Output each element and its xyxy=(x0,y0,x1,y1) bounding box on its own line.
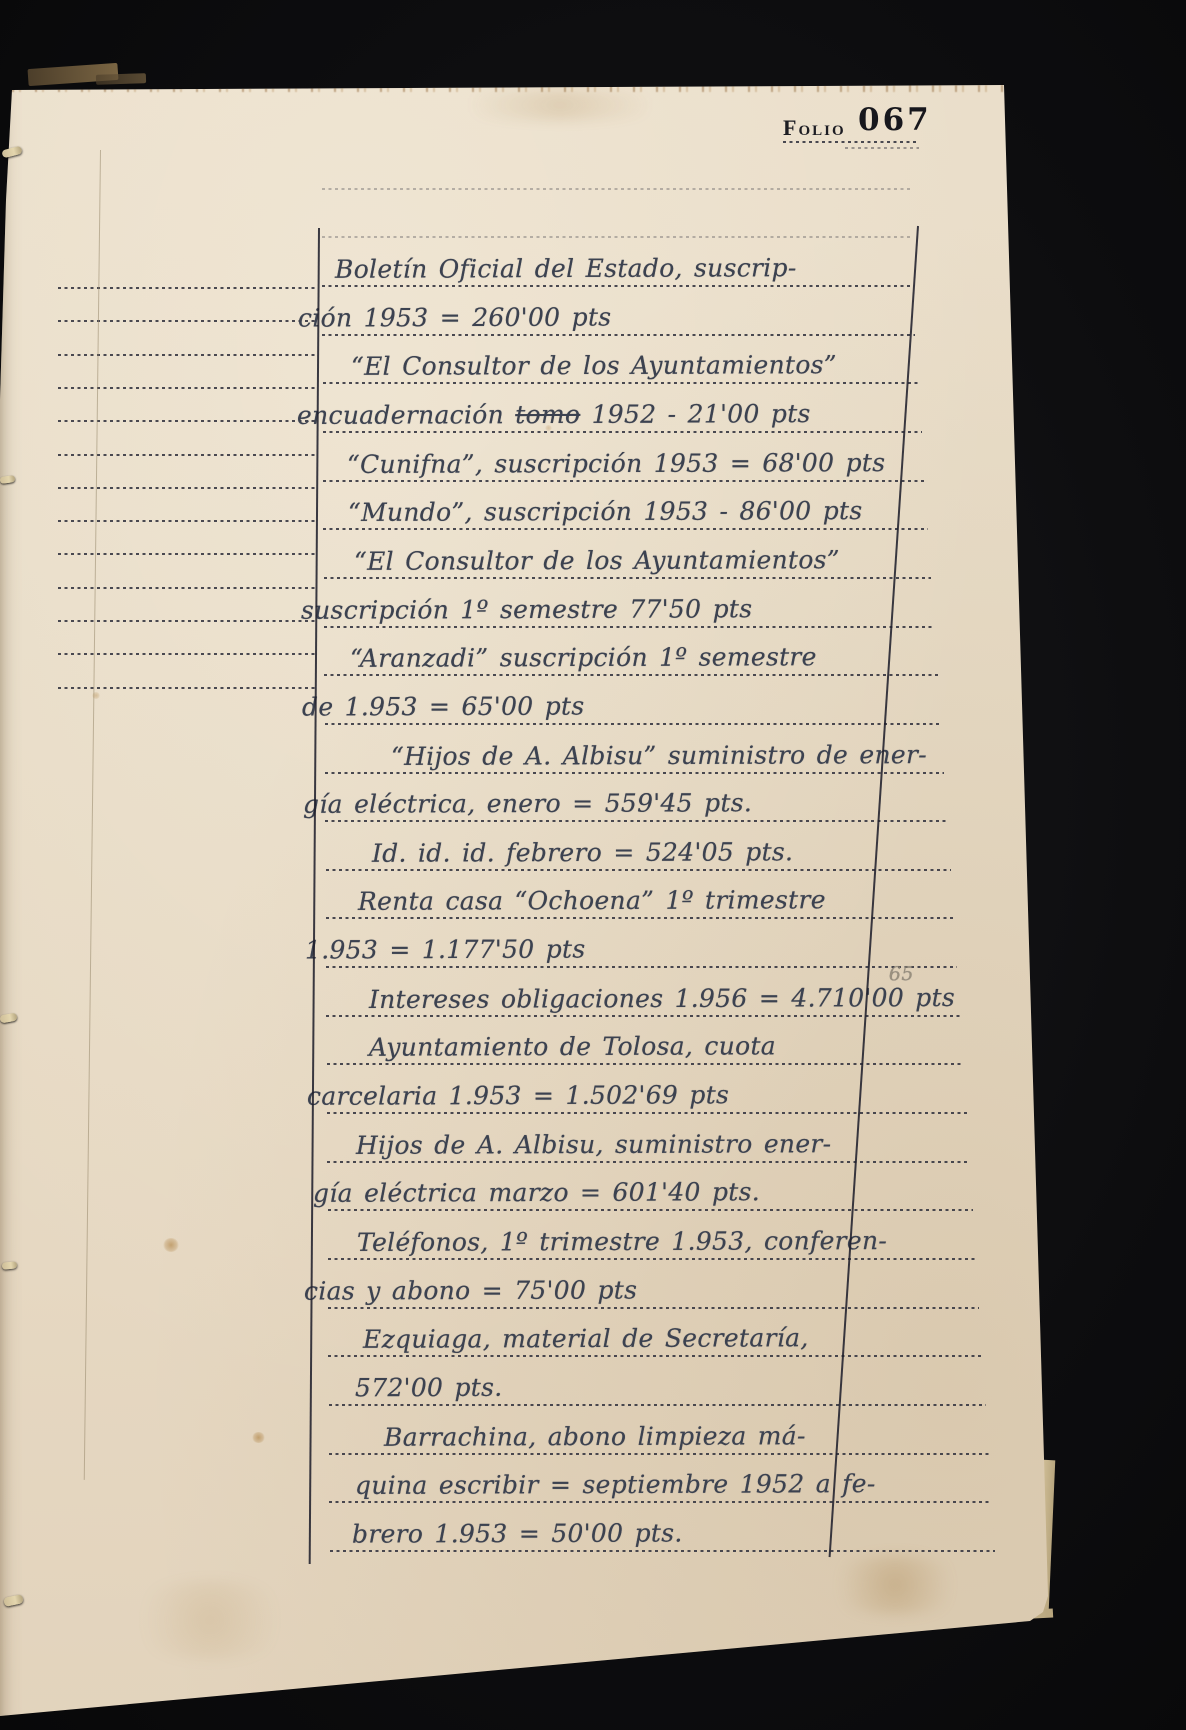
ledger-line: “El Consultor de los Ayuntamientos” xyxy=(353,545,839,577)
ruled-dotted-line xyxy=(323,528,928,530)
stain xyxy=(120,1580,300,1660)
ruled-dotted-line xyxy=(58,653,318,655)
ruled-dotted-line xyxy=(58,520,317,522)
ledger-line: encuadernación tomo 1952 - 21'00 pts xyxy=(297,399,811,431)
ledger-line: Ezquiaga, material de Secretaría, xyxy=(363,1324,809,1356)
folio-header: Folio 067 xyxy=(778,100,928,146)
ruled-dotted-line xyxy=(326,869,951,871)
ruled-dotted-line xyxy=(58,587,318,589)
ruled-dotted-line xyxy=(324,626,934,628)
ledger-line: ción 1953 = 260'00 pts xyxy=(298,302,611,333)
ledger-line: “Hijos de A. Albisu” suministro de ener- xyxy=(391,740,927,772)
ledger-line: carcelaria 1.953 = 1.502'69 pts xyxy=(307,1080,729,1111)
ruled-dotted-line xyxy=(328,1355,982,1357)
ledger-line: Boletín Oficial del Estado, suscrip- xyxy=(335,253,797,285)
right-column-rule xyxy=(829,226,919,1557)
margin-crease-line xyxy=(84,150,101,1480)
ruled-dotted-line xyxy=(323,480,925,482)
ledger-line: gía eléctrica, enero = 559'45 pts. xyxy=(303,788,752,820)
ledger-page: Folio 067 Boletín Oficial del Estado, su… xyxy=(0,0,1186,1730)
ruled-dotted-line xyxy=(326,917,954,919)
folio-label: Folio xyxy=(783,115,846,141)
ruled-dotted-line xyxy=(330,1550,996,1552)
ruled-dotted-line xyxy=(58,687,318,689)
ledger-line: cias y abono = 75'00 pts xyxy=(304,1275,637,1306)
ruled-dotted-line xyxy=(322,285,912,287)
foxing-spot xyxy=(92,692,100,699)
ledger-line: Ayuntamiento de Tolosa, cuota xyxy=(369,1032,776,1063)
foxing-spot xyxy=(545,425,552,431)
ledger-line: “Aranzadi” suscripción 1º semestre xyxy=(350,642,817,674)
ruled-dotted-line xyxy=(58,553,318,555)
ruled-dotted-line xyxy=(328,1307,979,1309)
ledger-line: “Mundo”, suscripción 1953 - 86'00 pts xyxy=(348,496,863,528)
folio-number: 067 xyxy=(858,102,932,138)
ruled-dotted-line xyxy=(322,188,912,190)
ruled-dotted-line xyxy=(58,620,318,622)
ruled-dotted-line xyxy=(58,320,316,322)
ledger-line: brero 1.953 = 50'00 pts. xyxy=(352,1518,683,1549)
foxing-spot xyxy=(252,1432,265,1443)
ledger-line: Renta casa “Ochoena” 1º trimestre xyxy=(358,886,826,918)
ruled-dotted-line xyxy=(329,1453,989,1455)
foxing-spot xyxy=(163,1238,179,1252)
ledger-line: gía eléctrica marzo = 601'40 pts. xyxy=(313,1178,760,1210)
ledger-line: Id. id. id. febrero = 524'05 pts. xyxy=(372,837,793,868)
ruled-dotted-line xyxy=(324,674,937,676)
ledger-line: de 1.953 = 65'00 pts xyxy=(302,691,585,722)
ruled-dotted-line xyxy=(325,723,941,725)
ruled-dotted-line xyxy=(322,236,912,238)
ruled-dotted-line xyxy=(58,287,316,289)
ledger-line: “Cunifna”, suscripción 1953 = 68'00 pts xyxy=(347,448,885,480)
ruled-dotted-line xyxy=(329,1404,986,1406)
ruled-dotted-line xyxy=(327,1063,964,1065)
stain xyxy=(820,1555,970,1615)
ledger-line: suscripción 1º semestre 77'50 pts xyxy=(301,594,752,626)
ruled-dotted-line xyxy=(323,431,922,433)
page-stack-edge xyxy=(96,73,146,85)
folio-underline xyxy=(845,147,919,149)
ledger-line: “El Consultor de los Ayuntamientos” xyxy=(351,350,837,382)
ruled-dotted-line xyxy=(324,577,932,579)
ledger-line: 1.953 = 1.177'50 pts xyxy=(305,935,586,966)
ledger-line: Hijos de A. Albisu, suministro ener- xyxy=(355,1129,830,1161)
ruled-dotted-line xyxy=(327,1112,967,1114)
ruled-dotted-line xyxy=(328,1258,976,1260)
ruled-dotted-line xyxy=(327,1161,970,1163)
ruled-dotted-line xyxy=(325,820,947,822)
ledger-line: Teléfonos, 1º trimestre 1.953, conferen- xyxy=(357,1226,887,1258)
ruled-dotted-line xyxy=(322,334,915,336)
scanned-ledger-photo: Folio 067 Boletín Oficial del Estado, su… xyxy=(0,0,1186,1730)
ledger-line: 572'00 pts. xyxy=(355,1373,503,1404)
ruled-dotted-line xyxy=(329,1501,992,1503)
ruled-dotted-line xyxy=(326,966,957,968)
ruled-dotted-line xyxy=(328,1209,973,1211)
stain xyxy=(430,90,690,120)
ledger-line: Barrachina, abono limpieza má- xyxy=(384,1421,806,1452)
folio-underline xyxy=(783,141,919,143)
ledger-line: quina escribir = septiembre 1952 a fe- xyxy=(355,1469,876,1501)
pencil-correction: 65 xyxy=(889,959,914,989)
ruled-dotted-line xyxy=(323,382,919,384)
